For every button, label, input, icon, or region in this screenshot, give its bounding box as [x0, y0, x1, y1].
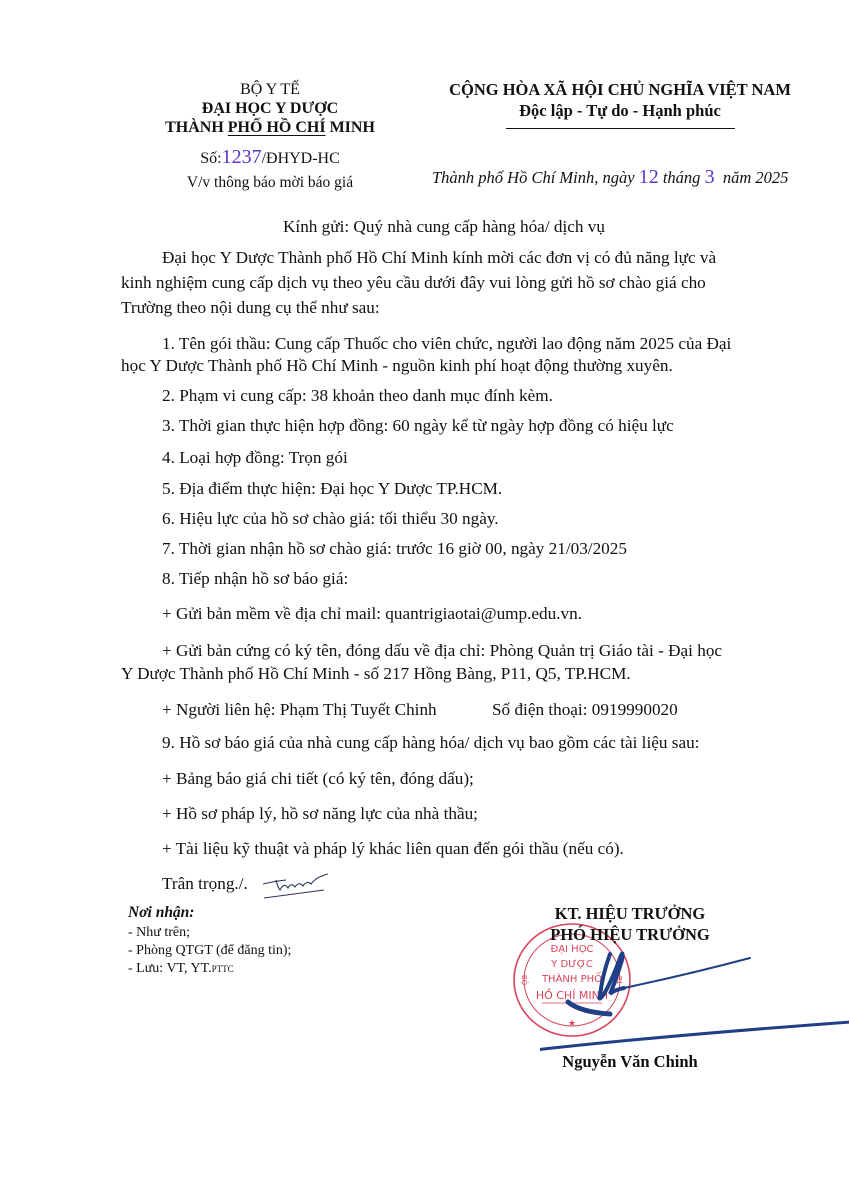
item-4: 4. Loại hợp đồng: Trọn gói — [162, 447, 348, 469]
item-8-hardcopy-line-1: + Gửi bản cứng có ký tên, đóng dấu về đị… — [162, 640, 722, 662]
item-6: 6. Hiệu lực của hồ sơ chào giá: tối thiể… — [162, 508, 499, 530]
place-date-prefix: Thành phố Hồ Chí Minh, ngày — [432, 168, 639, 187]
signer-name: Nguyễn Văn Chinh — [520, 1052, 740, 1072]
document-subject: V/v thông báo mời báo giá — [120, 174, 420, 192]
date-month: 3 — [705, 166, 715, 188]
signer-role-1: KT. HIỆU TRƯỞNG — [520, 903, 740, 924]
uni-line2-post: MINH — [326, 119, 375, 136]
national-motto: Độc lập - Tự do - Hạnh phúc — [420, 101, 820, 121]
motto-underline — [506, 128, 735, 129]
item-8-contact: + Người liên hệ: Phạm Thị Tuyết Chinh — [162, 699, 437, 721]
item-8-hardcopy-line-2: Y Dược Thành phố Hồ Chí Minh - số 217 Hồ… — [121, 663, 631, 685]
recipient-3: - Lưu: VT, YT.PTTC — [128, 961, 234, 977]
date-year: năm 2025 — [715, 168, 789, 187]
place-date: Thành phố Hồ Chí Minh, ngày 12 tháng 3 n… — [432, 164, 788, 191]
email-suffix: . — [578, 604, 582, 623]
document-number: Số:1237/ĐHYD-HC — [120, 144, 420, 172]
ministry-name: BỘ Y TẾ — [120, 80, 420, 99]
recipient-2: - Phòng QTGT (để đăng tin); — [128, 943, 291, 959]
item-7: 7. Thời gian nhận hồ sơ chào giá: trước … — [162, 538, 627, 560]
closing: Trân trọng./. — [162, 873, 248, 895]
intro-line-3: Trường theo nội dung cụ thể như sau: — [121, 297, 380, 319]
date-month-label: tháng — [659, 168, 705, 187]
item-3: 3. Thời gian thực hiện hợp đồng: 60 ngày… — [162, 415, 674, 437]
item-9: 9. Hồ sơ báo giá của nhà cung cấp hàng h… — [162, 732, 699, 754]
university-name-line1: ĐẠI HỌC Y DƯỢC — [120, 99, 420, 118]
doc-no-number: 1237 — [222, 146, 262, 168]
item-8-email-line: + Gửi bản mềm về địa chỉ mail: quantrigi… — [162, 603, 582, 625]
item-5: 5. Địa điểm thực hiện: Đại học Y Dược TP… — [162, 478, 502, 500]
item-1-line-1: 1. Tên gói thầu: Cung cấp Thuốc cho viên… — [162, 333, 731, 355]
item-9-a: + Bảng báo giá chi tiết (có ký tên, đóng… — [162, 768, 474, 790]
handwritten-signature-icon — [540, 940, 849, 1060]
doc-no-suffix: /ĐHYD-HC — [262, 150, 340, 167]
recipient-1: - Như trên; — [128, 925, 190, 941]
svg-text:BỘ: BỘ — [520, 975, 529, 986]
item-1-line-2: học Y Dược Thành phố Hồ Chí Minh - nguồn… — [121, 355, 673, 377]
uni-line2-pre: THÀNH — [165, 119, 228, 136]
phone-number: 0919990020 — [592, 700, 678, 719]
national-title: CỘNG HÒA XÃ HỘI CHỦ NGHĨA VIỆT NAM — [420, 80, 820, 100]
university-name-line2: THÀNH PHỐ HỒ CHÍ MINH — [120, 118, 420, 137]
header-left: BỘ Y TẾ ĐẠI HỌC Y DƯỢC THÀNH PHỐ HỒ CHÍ … — [120, 80, 420, 137]
salutation: Kính gửi: Quý nhà cung cấp hàng hóa/ dịc… — [283, 216, 605, 238]
recipient-3-text: - Lưu: VT, YT. — [128, 961, 212, 976]
item-2: 2. Phạm vi cung cấp: 38 khoản theo danh … — [162, 385, 553, 407]
email-link[interactable]: quantrigiaotai@ump.edu.vn — [385, 604, 577, 623]
item-9-b: + Hồ sơ pháp lý, hồ sơ năng lực của nhà … — [162, 803, 478, 825]
item-8: 8. Tiếp nhận hồ sơ báo giá: — [162, 568, 348, 590]
initials-signature-icon — [258, 868, 333, 904]
phone-label: Số điện thoại: — [492, 700, 592, 719]
item-8-phone: Số điện thoại: 0919990020 — [492, 699, 678, 721]
recipients-title: Nơi nhận: — [128, 904, 194, 922]
uni-line2-underlined: PHỐ HỒ CHÍ — [228, 119, 326, 136]
date-day: 12 — [639, 166, 659, 188]
doc-no-prefix: Số: — [200, 150, 221, 167]
email-prefix: + Gửi bản mềm về địa chỉ mail: — [162, 604, 385, 623]
item-9-c: + Tài liệu kỹ thuật và pháp lý khác liên… — [162, 838, 624, 860]
recipient-3-subscript: PTTC — [212, 964, 234, 974]
intro-line-1: Đại học Y Dược Thành phố Hồ Chí Minh kín… — [162, 247, 716, 269]
intro-line-2: kinh nghiệm cung cấp dịch vụ theo yêu cầ… — [121, 272, 706, 294]
